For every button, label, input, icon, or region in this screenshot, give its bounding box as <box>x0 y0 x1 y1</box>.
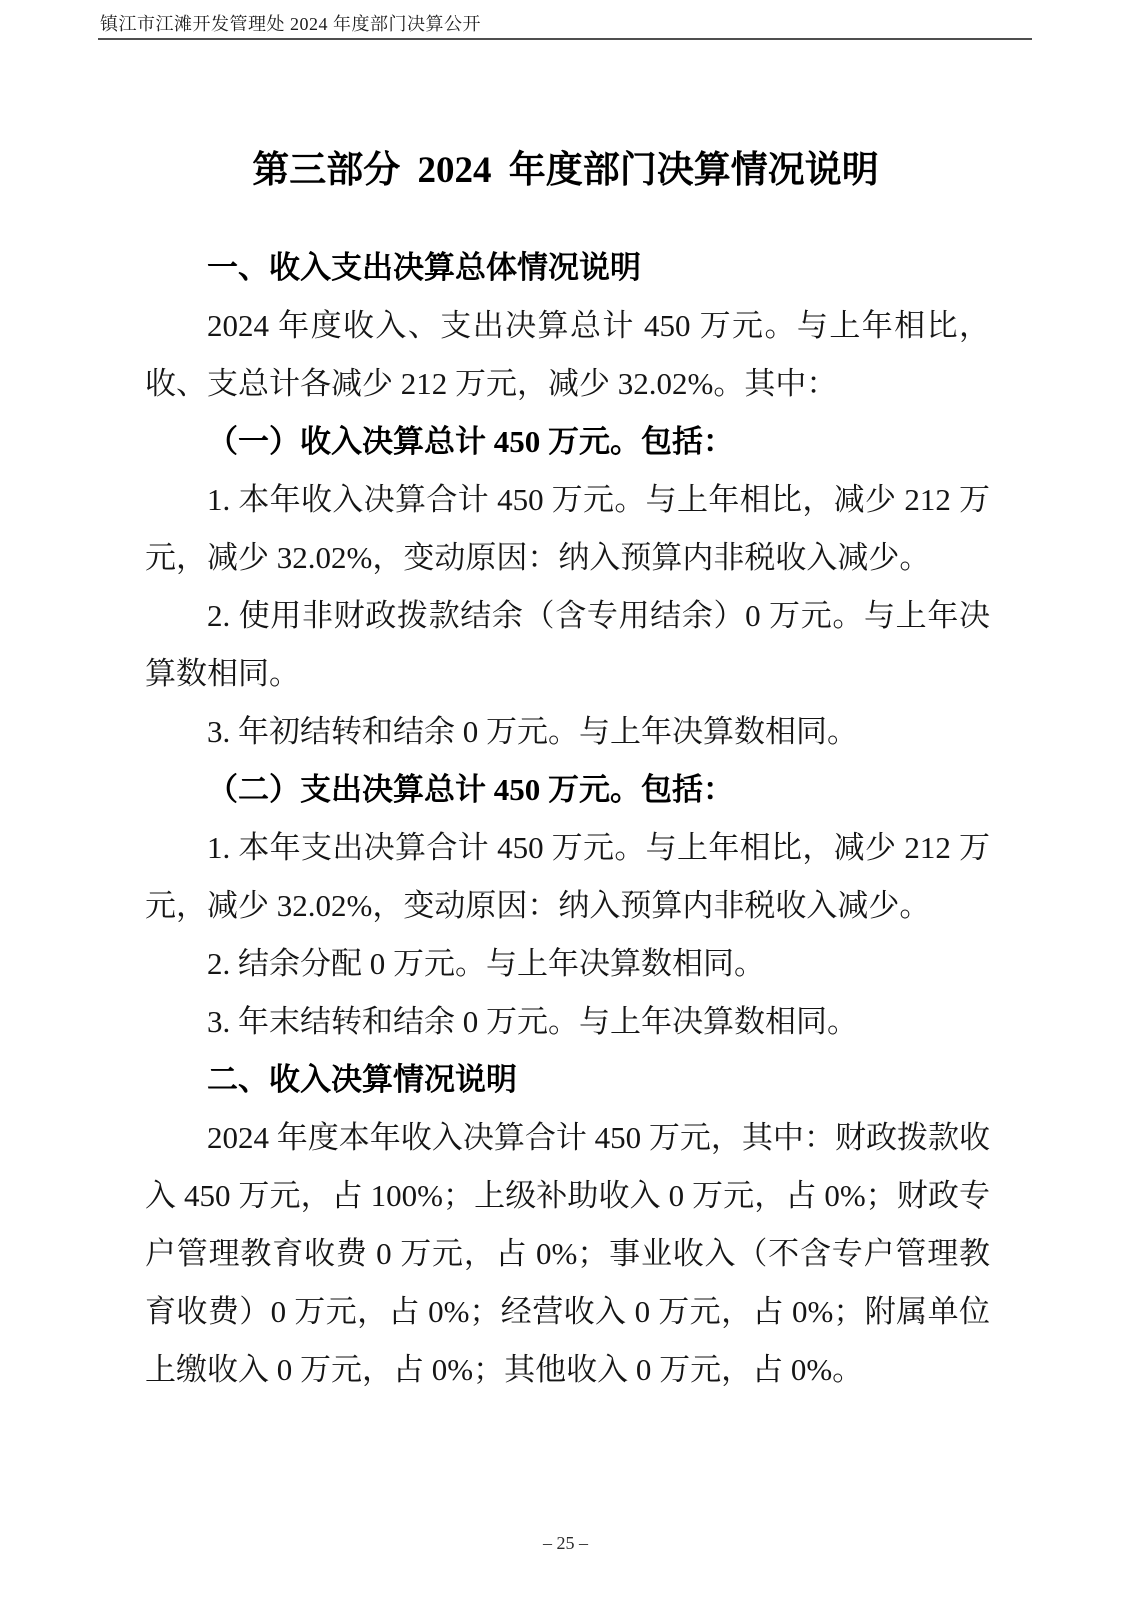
paragraph: 3. 年初结转和结余 0 万元。与上年决算数相同。 <box>145 703 990 761</box>
paragraph: 2. 使用非财政拨款结余（含专用结余）0 万元。与上年决算数相同。 <box>145 587 990 703</box>
paragraph: 2024 年度收入、支出决算总计 450 万元。与上年相比，收、支总计各减少 2… <box>145 297 990 413</box>
subsection-heading-2: （二）支出决算总计 450 万元。包括： <box>145 761 990 819</box>
document-title: 第三部分 2024 年度部门决算情况说明 <box>0 146 1131 196</box>
document-page: 镇江市江滩开发管理处 2024 年度部门决算公开 第三部分 2024 年度部门决… <box>0 0 1131 1600</box>
paragraph: 2. 结余分配 0 万元。与上年决算数相同。 <box>145 935 990 993</box>
paragraph: 1. 本年收入决算合计 450 万元。与上年相比，减少 212 万元，减少 32… <box>145 471 990 587</box>
page-number: – 25 – <box>0 1531 1131 1555</box>
subsection-heading-1: （一）收入决算总计 450 万元。包括： <box>145 413 990 471</box>
paragraph: 1. 本年支出决算合计 450 万元。与上年相比，减少 212 万元，减少 32… <box>145 819 990 935</box>
document-body: 一、收入支出决算总体情况说明 2024 年度收入、支出决算总计 450 万元。与… <box>145 239 990 1399</box>
paragraph: 3. 年末结转和结余 0 万元。与上年决算数相同。 <box>145 993 990 1051</box>
paragraph: 2024 年度本年收入决算合计 450 万元，其中：财政拨款收入 450 万元，… <box>145 1109 990 1399</box>
section-heading-2: 二、收入决算情况说明 <box>145 1051 990 1109</box>
page-header-text: 镇江市江滩开发管理处 2024 年度部门决算公开 <box>100 12 1034 36</box>
header-rule <box>98 38 1032 40</box>
section-heading-1: 一、收入支出决算总体情况说明 <box>145 239 990 297</box>
